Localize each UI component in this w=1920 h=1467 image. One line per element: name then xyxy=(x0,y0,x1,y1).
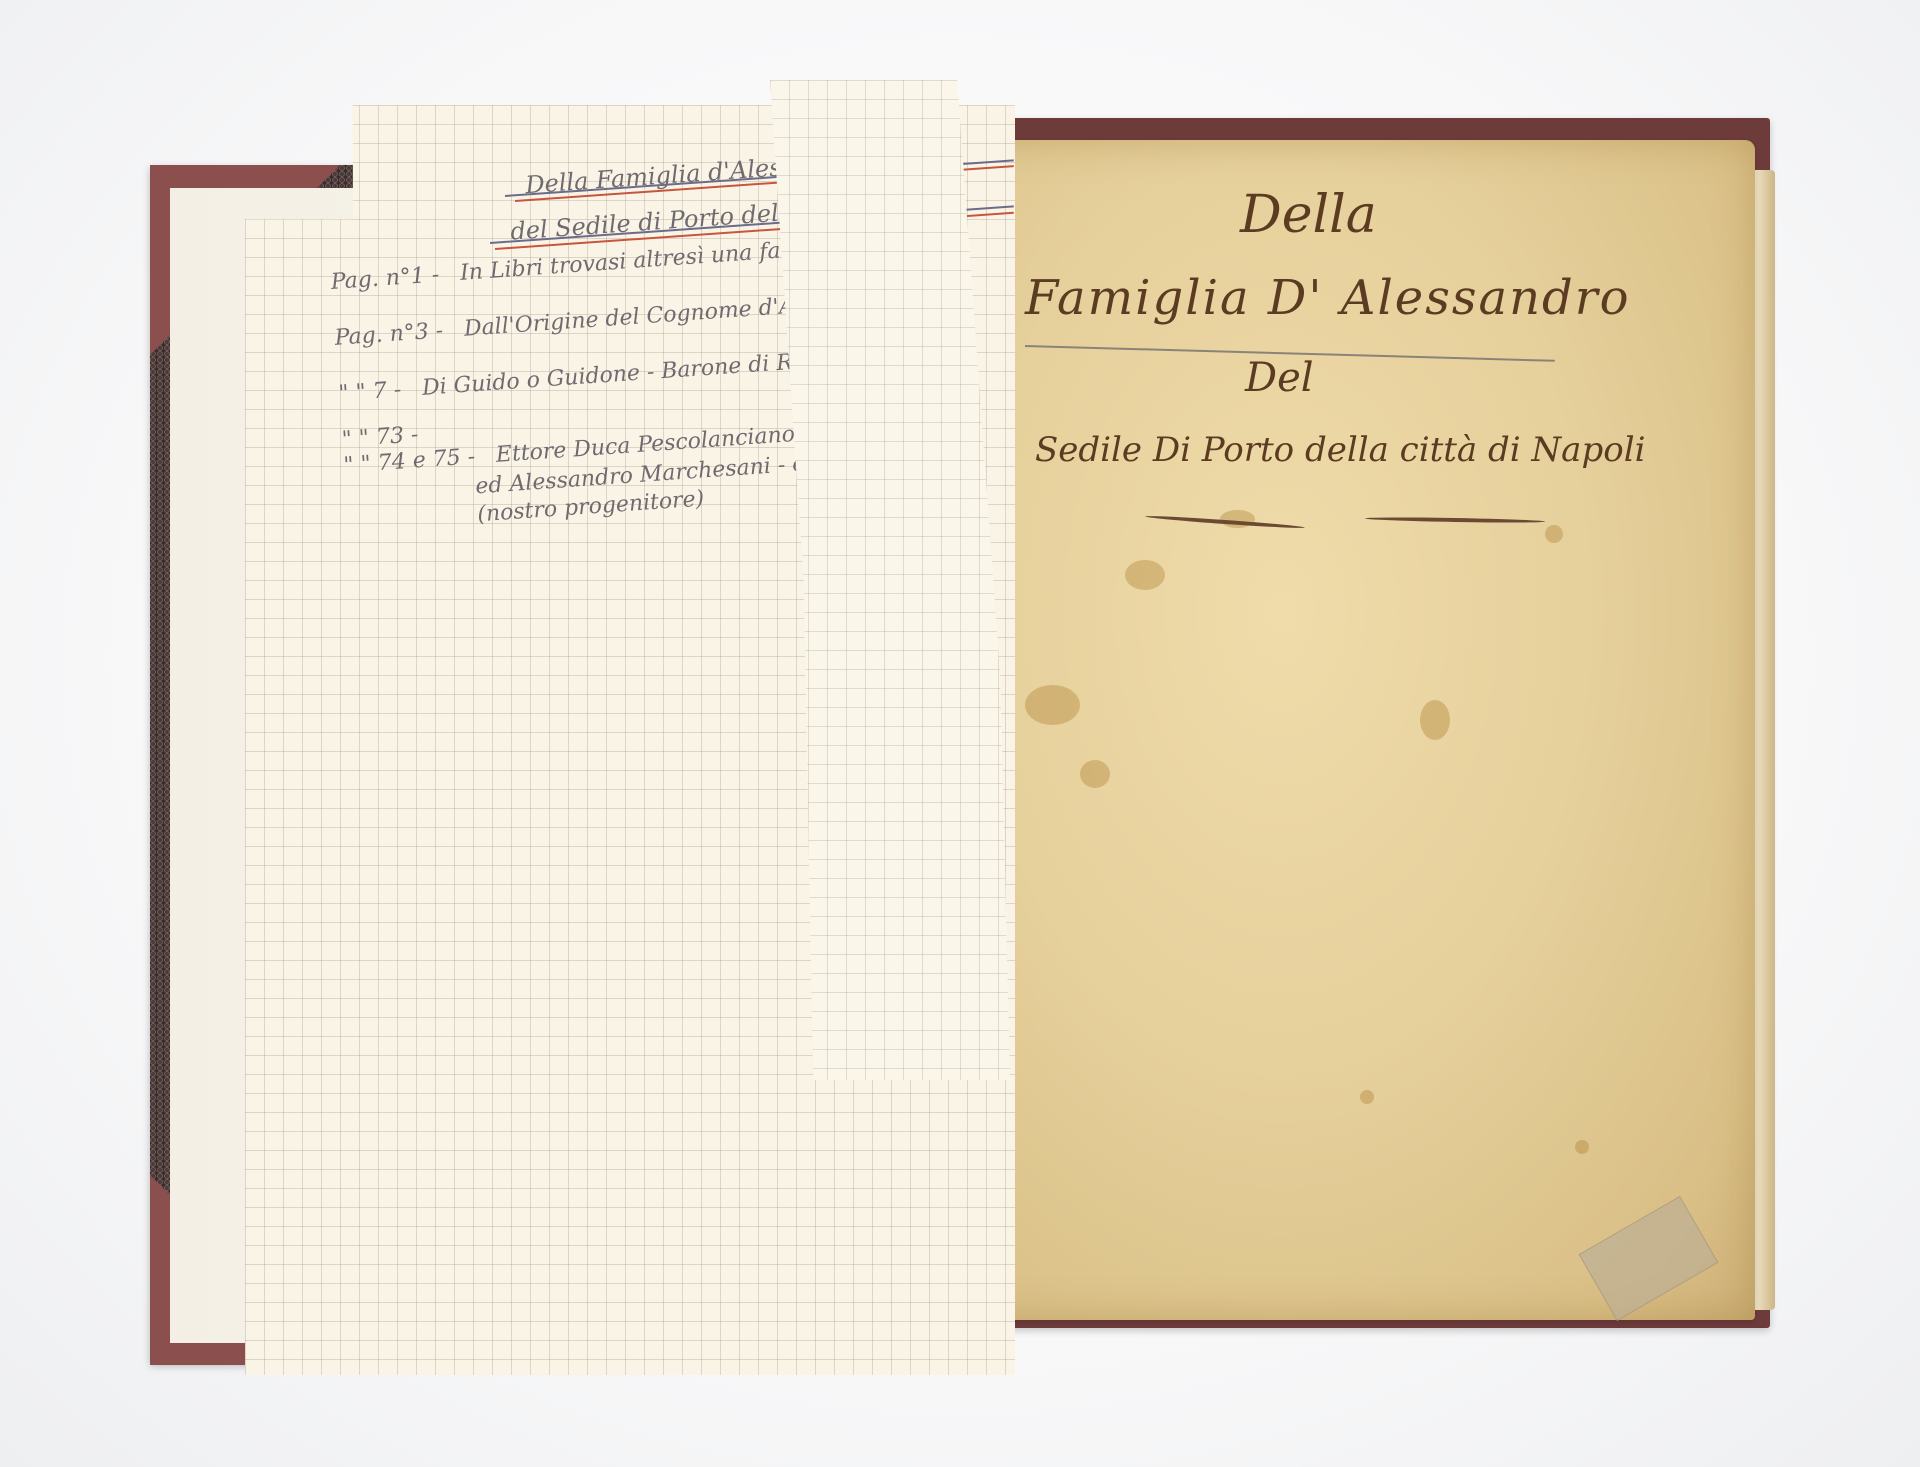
title-line-del: Del xyxy=(1245,355,1314,401)
foxing-stain xyxy=(1545,525,1563,543)
title-line-famiglia: Famiglia D' Alessandro xyxy=(1025,270,1631,326)
foxing-stain xyxy=(1360,1090,1374,1104)
title-line-sedile: Sedile Di Porto della città di Napoli xyxy=(1035,430,1645,470)
foxing-stain xyxy=(1125,560,1165,590)
decorative-swash-right xyxy=(1365,516,1545,523)
title-line-della: Della xyxy=(1240,185,1377,245)
manuscript-title-page: Della Famiglia D' Alessandro Del Sedile … xyxy=(965,140,1755,1320)
foxing-stain xyxy=(1080,760,1110,788)
foxing-stain xyxy=(1575,1140,1589,1154)
foxing-stain xyxy=(1025,685,1080,725)
entry-page-ref: Pag. n°1 - xyxy=(330,262,440,295)
entry-page-ref: " " 7 - xyxy=(338,377,402,406)
foxing-stain xyxy=(1420,700,1450,740)
